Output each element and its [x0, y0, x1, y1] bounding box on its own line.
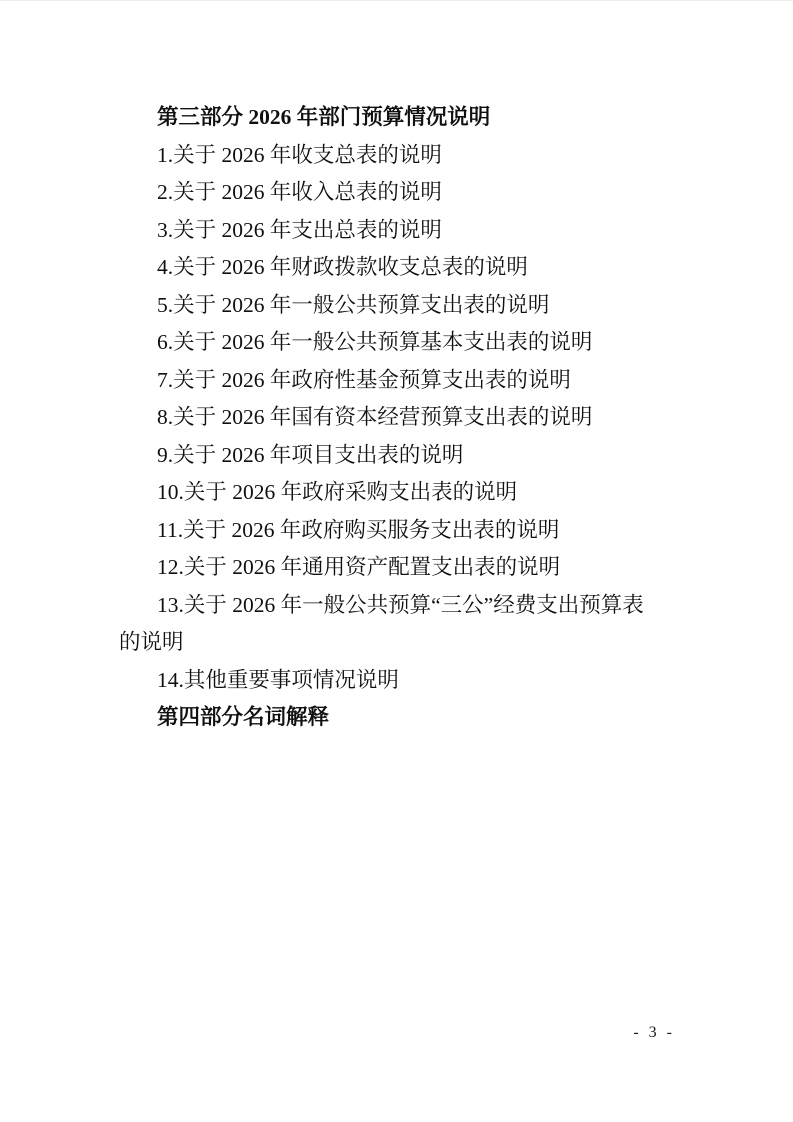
toc-item-10: 10.关于 2026 年政府采购支出表的说明: [119, 474, 681, 512]
page-number: - 3 -: [633, 1022, 675, 1044]
toc-item-1: 1.关于 2026 年收支总表的说明: [119, 137, 681, 175]
toc-item-13-line-2: 的说明: [119, 624, 681, 662]
toc-item-13-line-1: 13.关于 2026 年一般公共预算“三公”经费支出预算表: [119, 587, 681, 625]
toc-item-2: 2.关于 2026 年收入总表的说明: [119, 174, 681, 212]
document-content: 第三部分 2026 年部门预算情况说明 1.关于 2026 年收支总表的说明 2…: [0, 1, 793, 737]
toc-item-9: 9.关于 2026 年项目支出表的说明: [119, 437, 681, 475]
toc-item-11: 11.关于 2026 年政府购买服务支出表的说明: [119, 512, 681, 550]
document-page: 第三部分 2026 年部门预算情况说明 1.关于 2026 年收支总表的说明 2…: [0, 0, 793, 1122]
toc-item-6: 6.关于 2026 年一般公共预算基本支出表的说明: [119, 324, 681, 362]
toc-item-8: 8.关于 2026 年国有资本经营预算支出表的说明: [119, 399, 681, 437]
toc-item-3: 3.关于 2026 年支出总表的说明: [119, 212, 681, 250]
toc-item-5: 5.关于 2026 年一般公共预算支出表的说明: [119, 287, 681, 325]
toc-item-7: 7.关于 2026 年政府性基金预算支出表的说明: [119, 362, 681, 400]
toc-item-12: 12.关于 2026 年通用资产配置支出表的说明: [119, 549, 681, 587]
toc-item-4: 4.关于 2026 年财政拨款收支总表的说明: [119, 249, 681, 287]
section-3-heading: 第三部分 2026 年部门预算情况说明: [119, 99, 681, 137]
section-4-heading: 第四部分名词解释: [119, 699, 681, 737]
toc-item-14: 14.其他重要事项情况说明: [119, 662, 681, 700]
